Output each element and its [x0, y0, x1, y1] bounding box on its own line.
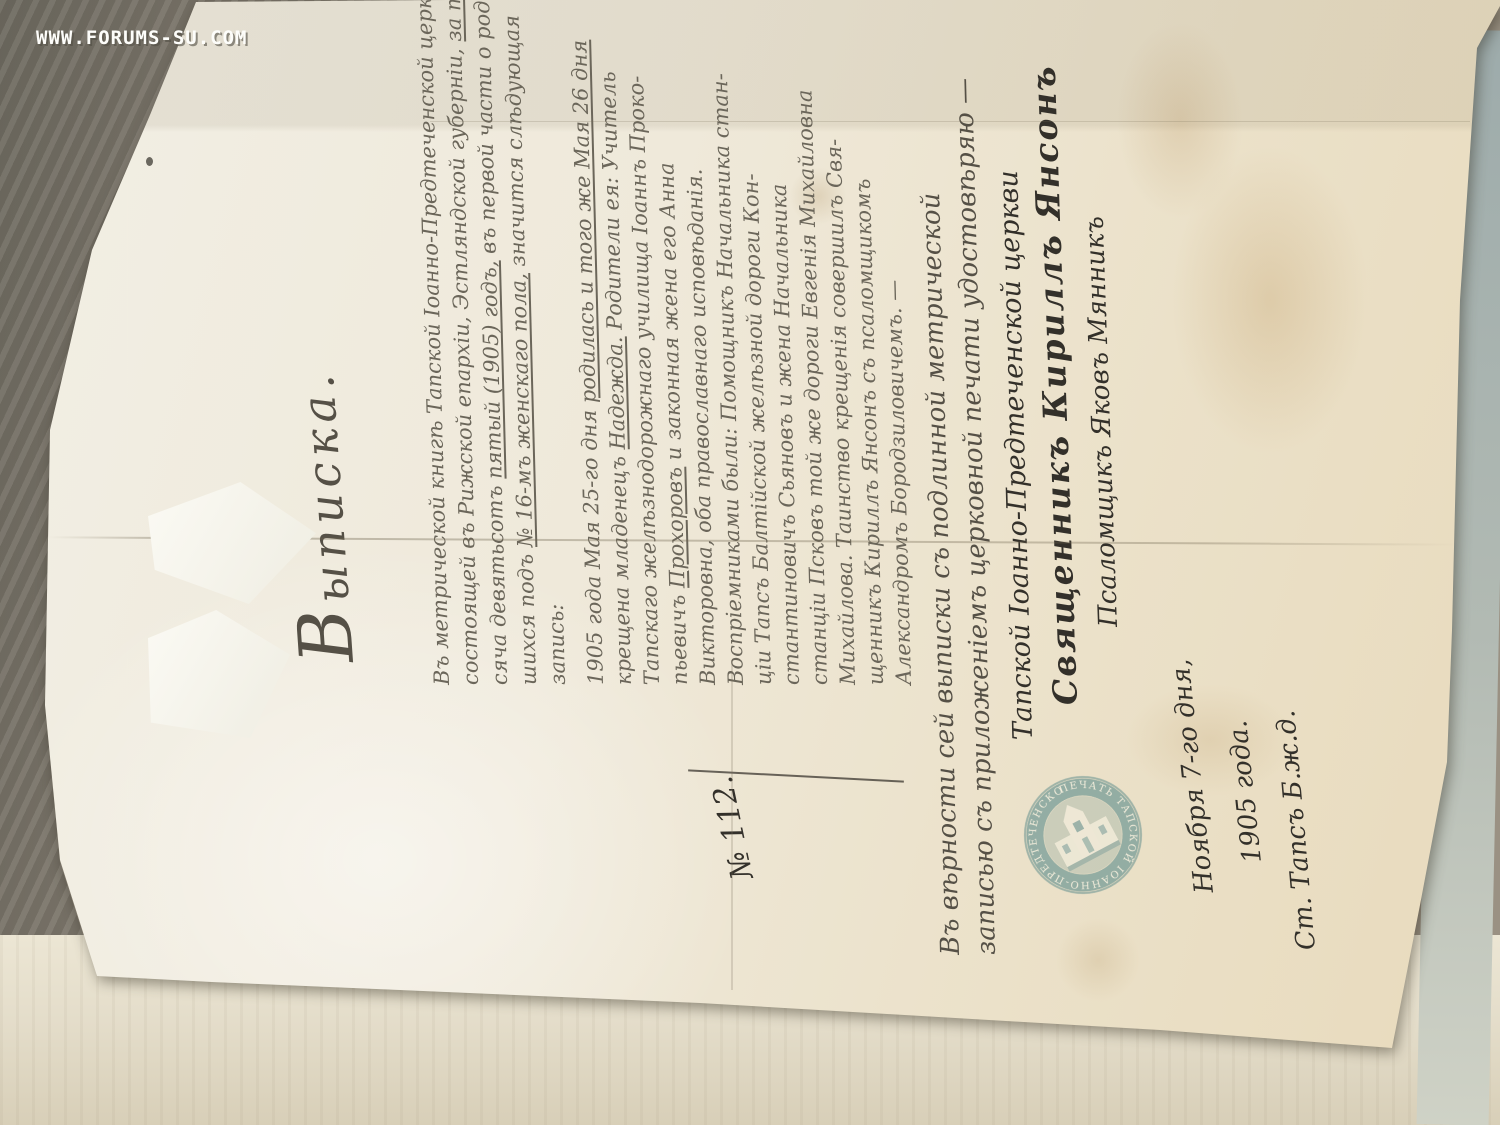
- manuscript-line: Александромъ Бородзиловичемъ. —: [881, 280, 916, 686]
- photo-of-document: Выписка.Въ метрической книгѣ Тапской Іоа…: [0, 0, 1500, 1125]
- date-line: Ноября 7-го дня,: [1166, 658, 1220, 895]
- pin-hole: [146, 157, 153, 166]
- fold-crease-faint: [430, 121, 1470, 122]
- watermark: WWW.FORUMS-SU.COM: [36, 27, 247, 49]
- manuscript-line: запись:: [544, 603, 570, 685]
- psalmist-signature: Псаломщикъ Яковъ Мянникъ: [1080, 216, 1124, 628]
- date-line: Ст. Тапсъ Б.ж.д.: [1271, 709, 1322, 951]
- date-line: 1905 года.: [1223, 719, 1268, 865]
- fold-crease-vertical: [731, 660, 733, 990]
